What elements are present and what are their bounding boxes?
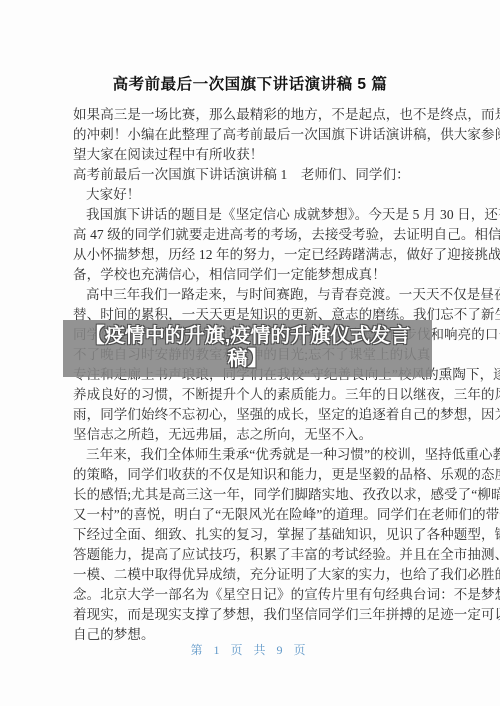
- text-line: 备，学校也充满信心，相信同学们一定能梦想成真！: [73, 265, 429, 285]
- text-line: 念。北京大学一部名为《星空日记》的宣传片里有句经典台词：不是梦想支撑: [73, 585, 429, 605]
- text-line: 从小怀揣梦想，历经 12 年的努力，一定已经踌躇满志，做好了迎接挑战的准: [73, 245, 429, 265]
- text-line: 高 47 级的同学们就要走进高考的考场，去接受考验，去证明自己。相信同学们: [73, 225, 429, 245]
- text-line: 高考前最后一次国旗下讲话演讲稿 1 老师们、同学们：: [73, 165, 429, 185]
- text-line: 答题能力，提高了应试技巧，积累了丰富的考试经验。并且在全市抽测、全市: [73, 545, 429, 565]
- text-line: 雨，同学们始终不忘初心，坚强的成长，坚定的追逐着自己的梦想，因为你们: [73, 405, 429, 425]
- text-line: 三年来，我们全体师生秉承“优秀就是一种习惯”的校训，坚持低重心教学: [73, 445, 429, 465]
- text-line: 大家好！: [73, 185, 429, 205]
- text-line: 的冲刺！小编在此整理了高考前最后一次国旗下讲话演讲稿，供大家参阅，希: [73, 125, 429, 145]
- document-title: 高考前最后一次国旗下讲话演讲稿 5 篇: [0, 72, 500, 94]
- text-line: 养成良好的习惯，不断提升个人的素质能力。三年的日以继夜，三年的风风雨: [73, 385, 429, 405]
- text-line: 坚信志之所趋，无远弗届，志之所向，无坚不入。: [73, 425, 429, 445]
- text-line: 下经过全面、细致、扎实的复习，掌握了基础知识，见识了各种题型，锻炼了: [73, 525, 429, 545]
- text-line: 又一村”的喜悦，明白了“无限风光在险峰”的道理。同学们在老师们的带领: [73, 505, 429, 525]
- text-line: 的策略，同学们收获的不仅是知识和能力，更是坚毅的品格、乐观的态度和成: [73, 465, 429, 485]
- text-line: 我国旗下讲话的题目是《坚定信心 成就梦想》。今天是 5 月 30 日，还有一周: [73, 205, 429, 225]
- watermark-text: 【疫情中的升旗,疫情的升旗仪式发言稿】: [76, 325, 420, 371]
- page-footer: 第 1 页 共 9 页: [0, 641, 500, 659]
- text-line: 长的感悟;尤其是高三这一年，同学们脚踏实地、孜孜以求，感受了“柳暗花明: [73, 485, 429, 505]
- document-page: 高考前最后一次国旗下讲话演讲稿 5 篇 如果高三是一场比赛，那么最精彩的地方，不…: [0, 0, 500, 706]
- text-line: 如果高三是一场比赛，那么最精彩的地方，不是起点，也不是终点，而是最后: [73, 105, 429, 125]
- page-indicator: 第 1 页 共 9 页: [190, 643, 309, 657]
- watermark-overlay: 【疫情中的升旗,疫情的升旗仪式发言稿】: [63, 320, 432, 377]
- text-line: 着现实，而是现实支撑了梦想，我们坚信同学们三年拼搏的足迹一定可以照亮: [73, 605, 429, 625]
- text-line: 一模、二模中取得优异成绩，充分证明了大家的实力，也给了我们必胜的信: [73, 565, 429, 585]
- text-line: 望大家在阅读过程中有所收获！: [73, 145, 429, 165]
- text-line: 高中三年我们一路走来，与时间赛跑，与青春竞渡。一天天不仅是昼夜的更: [73, 285, 429, 305]
